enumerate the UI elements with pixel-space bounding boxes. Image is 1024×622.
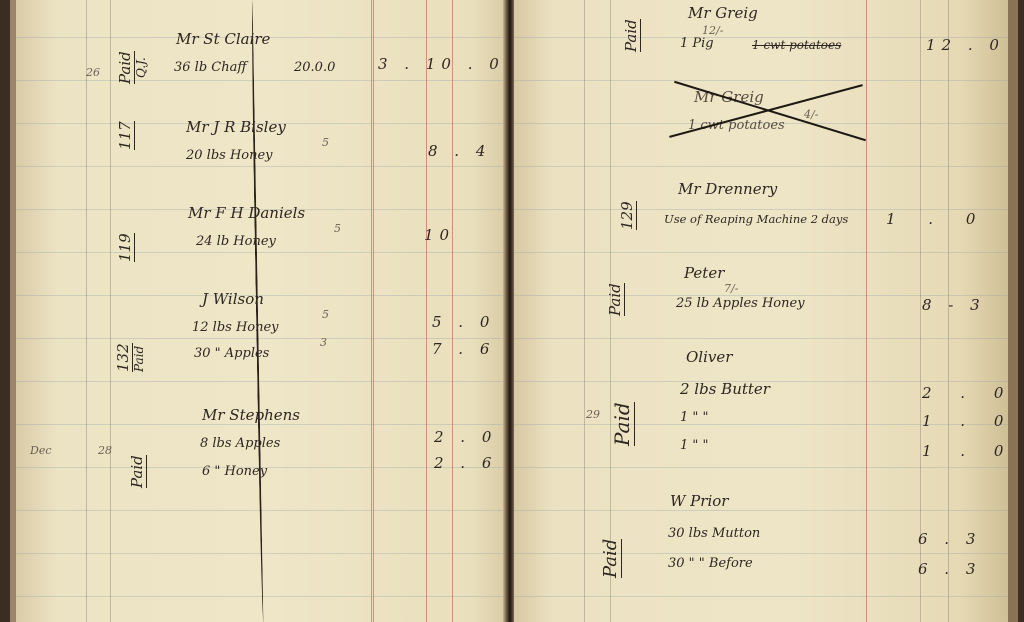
item-desc: 24 lb Honey [196, 234, 276, 249]
item-amount: 2 . 0 [434, 428, 497, 446]
item-amount: 8 . 4 [428, 142, 491, 160]
customer-name: Peter [684, 264, 724, 282]
item-amount: 6 . 3 [918, 530, 981, 548]
item-desc: 2 lbs Butter [680, 380, 770, 398]
paid-mark: Paid [132, 346, 146, 372]
customer-name: Mr Greig [688, 4, 758, 22]
item-rate: 20.0.0 [294, 60, 335, 75]
item-desc: 20 lbs Honey [186, 148, 273, 163]
item-rate: 5 [322, 136, 329, 149]
item-amount: 5 . 0 [432, 313, 495, 331]
item-desc: 30 " Apples [194, 346, 269, 361]
paid-mark: Paid [606, 283, 625, 316]
column-line [866, 0, 867, 622]
item-amount: 3 . 10 . 0 [378, 55, 505, 73]
paid-mark: Paid [128, 455, 147, 488]
item-amount: 7 . 6 [432, 340, 495, 358]
entry-ref: 117 [116, 121, 135, 150]
item-amount: 1 . 0 [922, 412, 1015, 430]
margin-line [86, 0, 87, 622]
item-desc: 30 " " Before [668, 556, 753, 571]
item-amount: 6 . 3 [918, 560, 981, 578]
column-line [452, 0, 453, 622]
customer-name: J Wilson [202, 290, 264, 308]
entry-ref: 29 [586, 408, 600, 421]
crossed-item-desc: 1 cwt potatoes [688, 118, 785, 133]
item-desc: 36 lb Chaff [174, 60, 247, 75]
customer-name: W Prior [670, 492, 728, 510]
item-rate: 12/- [702, 24, 723, 37]
item-amount: 1 . 0 . 0 [886, 210, 1018, 228]
item-amount: 12 . 0 [926, 36, 1005, 54]
item-desc: 1 " " [680, 438, 709, 453]
column-line [371, 0, 372, 622]
item-desc: 6 " Honey [202, 464, 267, 479]
item-amount: 8 - 3 [922, 296, 986, 314]
item-rate: 5 [322, 308, 329, 321]
item-rate: 3 [320, 336, 327, 349]
customer-name: Oliver [686, 348, 732, 366]
column-line [920, 0, 921, 622]
customer-name: Mr J R Bisley [186, 118, 286, 136]
column-line [426, 0, 427, 622]
column-line [373, 0, 374, 622]
item-desc: 12 lbs Honey [192, 320, 279, 335]
item-amount: 1 . 0 [922, 442, 1015, 460]
date-margin: Dec [30, 444, 52, 457]
paid-mark: Paid [600, 539, 622, 578]
entry-ref: 28 [98, 444, 112, 457]
item-desc: Use of Reaping Machine 2 days [664, 212, 848, 226]
customer-name: Mr Stephens [202, 406, 300, 424]
item-desc: 1 Pig [680, 36, 714, 51]
margin-line [110, 0, 111, 622]
item-desc: 30 lbs Mutton [668, 526, 760, 541]
item-desc: 8 lbs Apples [200, 436, 280, 451]
customer-name: Mr Drennery [678, 180, 777, 198]
paid-note: Q.J. [134, 57, 148, 78]
entry-ref: 129 [618, 201, 637, 230]
entry-ref: 119 [116, 233, 135, 262]
item-desc: 1 " " [680, 410, 709, 425]
paid-mark: Paid [610, 402, 635, 446]
ledger-left-page: 26 Paid Q.J. Mr St Claire 36 lb Chaff 20… [10, 0, 512, 622]
entry-ref: 26 [86, 66, 100, 79]
struck-item: 1 cwt potatoes [752, 38, 841, 52]
customer-name: Mr F H Daniels [188, 204, 305, 222]
item-rate: 7/- [724, 282, 738, 295]
paid-mark: Paid [116, 51, 135, 84]
item-rate: 5 [334, 222, 341, 235]
margin-line [584, 0, 585, 622]
crossed-item-rate: 4/- [804, 108, 818, 121]
item-amount: 2 . 0 [922, 384, 1015, 402]
customer-name: Mr St Claire [176, 30, 270, 48]
entry-ref: 132 [114, 343, 133, 372]
ledger-right-page: Paid Mr Greig 1 Pig 12/- 1 cwt potatoes … [514, 0, 1018, 622]
item-amount: 2 . 6 [434, 454, 497, 472]
item-amount: 10 [424, 226, 455, 244]
paid-mark: Paid [622, 19, 641, 52]
item-desc: 25 lb Apples Honey [676, 296, 805, 311]
